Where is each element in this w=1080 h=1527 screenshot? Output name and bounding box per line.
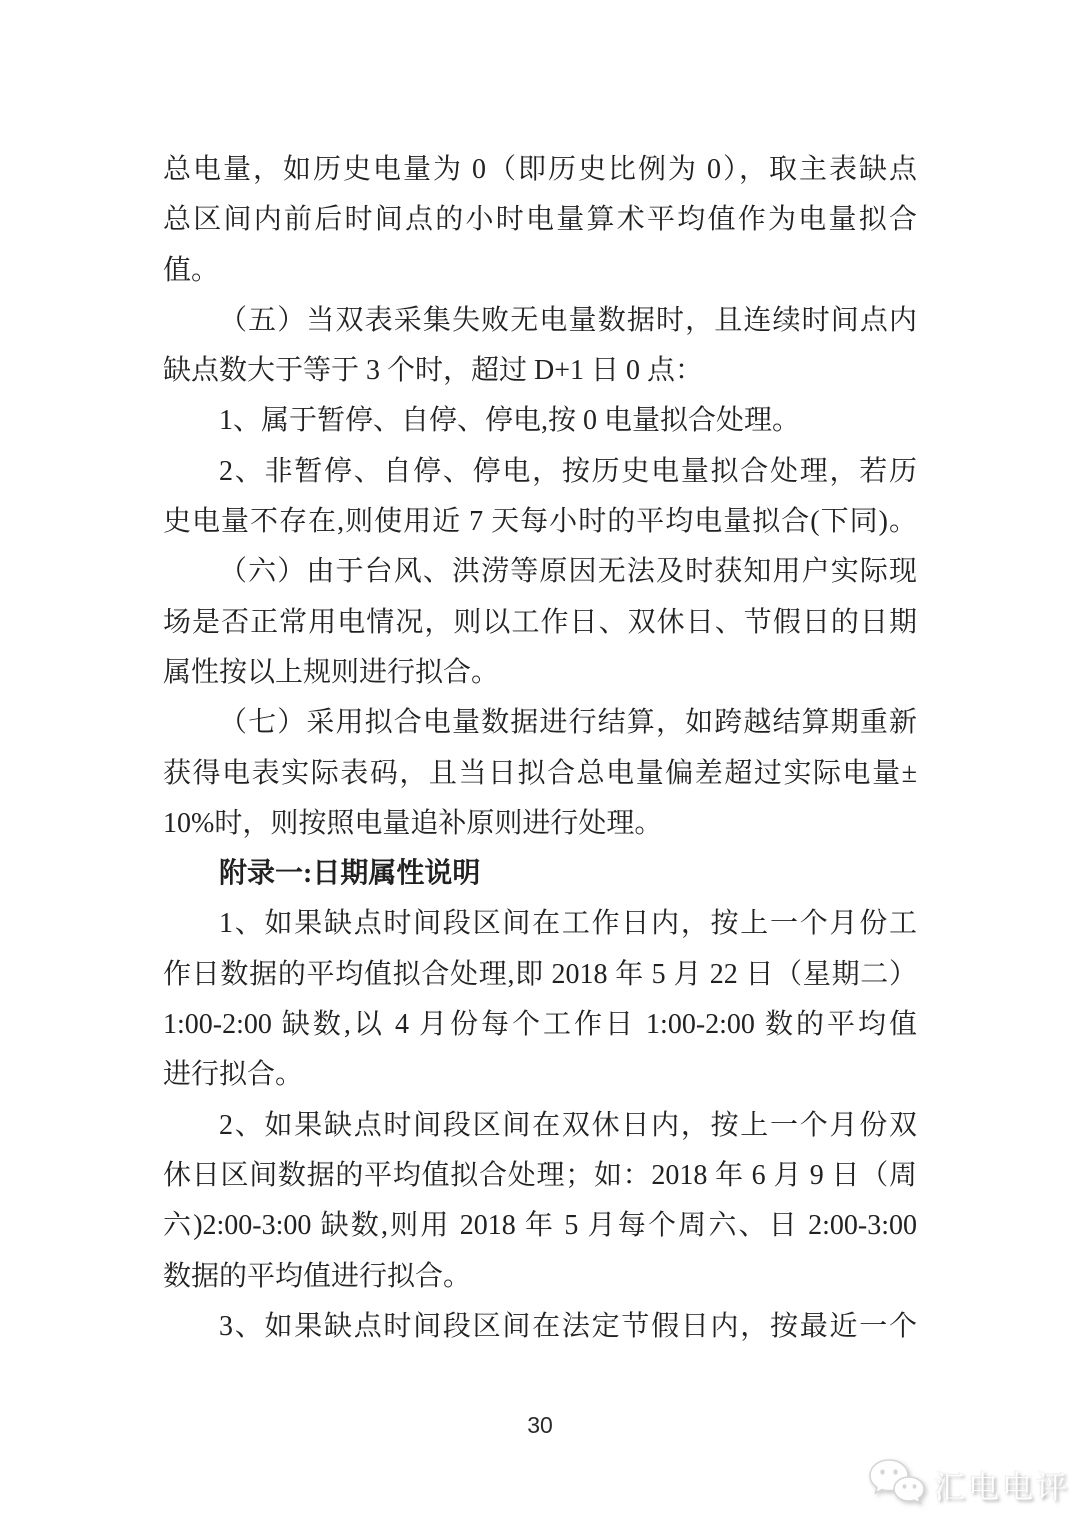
text-line: 属性按以上规则进行拟合。 xyxy=(163,648,917,698)
watermark: 汇电电评 xyxy=(866,1457,1070,1511)
text-line: 获得电表实际表码，且当日拟合总电量偏差超过实际电量± xyxy=(163,749,917,799)
text-line: 2、非暂停、自停、停电，按历史电量拟合处理，若历 xyxy=(163,447,917,497)
document-page: 总电量，如历史电量为 0（即历史比例为 0），取主表缺点总区间内前后时间点的小时… xyxy=(0,0,1080,1527)
text-line: 值。 xyxy=(163,246,917,296)
text-line: 1、属于暂停、自停、停电,按 0 电量拟合处理。 xyxy=(163,396,917,446)
section-heading: 附录一:日期属性说明 xyxy=(163,849,917,899)
text-line: 休日区间数据的平均值拟合处理；如：2018 年 6 月 9 日（周 xyxy=(163,1151,917,1201)
text-line: （七）采用拟合电量数据进行结算，如跨越结算期重新 xyxy=(163,698,917,748)
text-line: 缺点数大于等于 3 个时，超过 D+1 日 0 点： xyxy=(163,346,917,396)
text-line: 作日数据的平均值拟合处理,即 2018 年 5 月 22 日（星期二） xyxy=(163,950,917,1000)
text-line: 进行拟合。 xyxy=(163,1050,917,1100)
page-number: 30 xyxy=(0,1412,1080,1439)
text-line: 1:00-2:00 缺数,以 4 月份每个工作日 1:00-2:00 数的平均值 xyxy=(163,1000,917,1050)
text-line: 总电量，如历史电量为 0（即历史比例为 0），取主表缺点 xyxy=(163,145,917,195)
document-body: 总电量，如历史电量为 0（即历史比例为 0），取主表缺点总区间内前后时间点的小时… xyxy=(163,145,917,1352)
text-line: 六)2:00-3:00 缺数,则用 2018 年 5 月每个周六、日 2:00-… xyxy=(163,1201,917,1251)
text-line: （六）由于台风、洪涝等原因无法及时获知用户实际现 xyxy=(163,547,917,597)
text-line: 史电量不存在,则使用近 7 天每小时的平均电量拟合(下同)。 xyxy=(163,497,917,547)
text-line: 2、如果缺点时间段区间在双休日内，按上一个月份双 xyxy=(163,1101,917,1151)
wechat-icon xyxy=(866,1457,928,1511)
text-line: 总区间内前后时间点的小时电量算术平均值作为电量拟合 xyxy=(163,195,917,245)
text-line: 数据的平均值进行拟合。 xyxy=(163,1252,917,1302)
text-line: 10%时，则按照电量追补原则进行处理。 xyxy=(163,799,917,849)
text-line: （五）当双表采集失败无电量数据时，且连续时间点内 xyxy=(163,296,917,346)
watermark-label: 汇电电评 xyxy=(934,1462,1070,1507)
text-line: 1、如果缺点时间段区间在工作日内，按上一个月份工 xyxy=(163,899,917,949)
text-line: 场是否正常用电情况，则以工作日、双休日、节假日的日期 xyxy=(163,598,917,648)
text-line: 3、如果缺点时间段区间在法定节假日内，按最近一个 xyxy=(163,1302,917,1352)
